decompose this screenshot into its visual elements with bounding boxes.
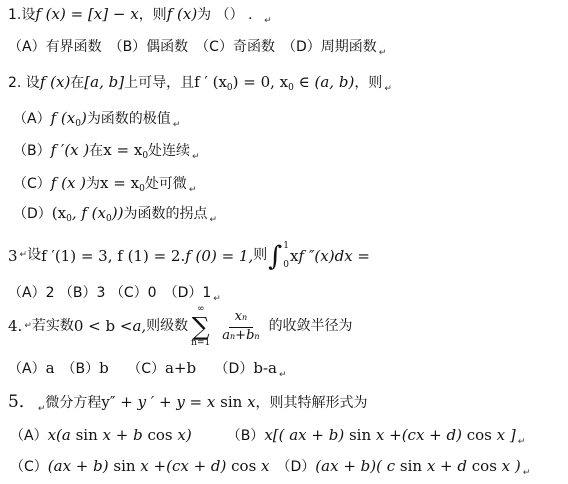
text-run: 上可导，且: [124, 75, 194, 91]
paragraph-return-mark: ↵: [518, 437, 526, 447]
text-run: 若实数: [32, 318, 74, 336]
question-3-stem: 3↵设f ′(1) = 3, f (1) = 2.f (0) = 1,则∫10x…: [8, 242, 370, 270]
text-run: （A）2 （B）3 （C）0 （D）1: [8, 285, 211, 301]
text-run: x: [235, 309, 242, 325]
text-run: f (x: [51, 109, 76, 127]
text-run: （C）: [13, 176, 51, 192]
text-run: x(a: [48, 426, 76, 444]
text-run: 微分方程: [45, 395, 101, 411]
paragraph-return-mark: ↵: [279, 370, 287, 380]
text-run: 为: [86, 176, 100, 192]
text-run: [a, b]: [84, 73, 124, 91]
text-run: 为函数的极值: [87, 111, 171, 127]
text-run: x[( ax + b): [264, 426, 349, 444]
text-run: f (x) = [x] − x: [35, 5, 138, 23]
paragraph-return-mark: ↵: [264, 16, 272, 26]
paragraph-return-mark: ↵: [173, 120, 181, 130]
question-5-options-row-1: （A）x(a sin x + b cos x) （B）x[( ax + b) s…: [10, 426, 525, 448]
document-page: 1.设f (x) = [x] − x，则f (x)为 （） ．↵ （A）有界函数…: [0, 0, 568, 484]
text-run: 的收敛半径为: [269, 318, 353, 336]
question-4-stem: 4.↵若实数0 < b < a, 则级数∞∑n=1xnan + bn的收敛半径为: [8, 305, 353, 348]
text-run: （D）: [13, 206, 52, 222]
text-run: (a, b): [315, 73, 355, 91]
text-run: x): [173, 426, 192, 444]
text-run: n=1: [191, 339, 210, 348]
question-2-stem: 2. 设f (x)在[a, b]上可导，且f ′ (x0) = 0, x0 ∈ …: [8, 73, 392, 95]
text-run: （D）: [284, 459, 316, 475]
text-run: x + b: [98, 426, 148, 444]
text-run: f (x): [40, 73, 70, 91]
text-run: ∑: [192, 314, 210, 339]
text-run: （C）: [109, 361, 165, 377]
text-run: [192, 428, 234, 444]
question-2-option-b: （B）f ′(x )在x = x0处连续↵: [13, 141, 200, 163]
text-run: 10: [283, 242, 289, 270]
text-run: +: [235, 328, 246, 344]
text-run: （B）: [234, 428, 265, 444]
text-run: 1.设: [8, 7, 35, 23]
text-run: a: [222, 328, 230, 344]
question-2-option-d: （D）(x0, f (x0))为函数的拐点↵: [13, 204, 217, 226]
question-5-options-row-2: （C）(ax + b) sin x +(cx + d) cos x （D）(ax…: [10, 457, 530, 479]
text-run: x + d: [422, 457, 472, 475]
text-run: cos: [231, 457, 256, 475]
text-run: x = x: [103, 141, 142, 159]
question-1-stem: 1.设f (x) = [x] − x，则f (x)为 （） ．↵: [8, 5, 272, 27]
text-run: f ″(x)dx =: [299, 247, 370, 266]
text-run: （A）有界函数 （B）偶函数 （C）奇函数 （D）周期函数: [8, 39, 377, 55]
text-run: 在: [70, 75, 84, 91]
integral-operator: ∫10: [268, 242, 289, 270]
text-run: 5．: [8, 392, 36, 412]
text-run: f ′(x ): [51, 141, 90, 159]
text-run: , f (x: [72, 204, 106, 222]
text-run: a: [46, 359, 55, 377]
text-run: sin: [76, 426, 98, 444]
paragraph-return-mark: ↵: [209, 215, 217, 225]
text-run: f ′ (x: [194, 73, 227, 91]
text-run: a,: [132, 317, 146, 336]
text-run: b-a: [253, 359, 277, 377]
text-run: b: [99, 359, 109, 377]
paragraph-return-mark: ↵: [213, 294, 221, 304]
text-run: （C）: [10, 459, 48, 475]
text-run: 2. 设: [8, 75, 40, 91]
text-run: （A）: [13, 111, 51, 127]
paragraph-return-mark: ↵: [189, 185, 197, 195]
text-run: ∫: [268, 243, 282, 270]
text-run: n: [242, 313, 247, 323]
text-run: b: [246, 328, 254, 344]
text-run: ，则其特解形式为: [256, 395, 368, 411]
text-run: cos: [147, 426, 172, 444]
text-run: x ): [497, 457, 521, 475]
sum-operator: ∞∑n=1: [191, 305, 210, 348]
question-2-option-c: （C）f (x )为x = x0处可微↵: [13, 174, 196, 196]
question-4-options: （A）a （B）b （C）a+b （D）b-a↵: [8, 359, 287, 381]
text-run: （A）: [8, 361, 46, 377]
paragraph-return-mark: ↵: [20, 250, 28, 261]
text-run: y ′ + y = x: [138, 393, 221, 411]
text-run: ，则: [354, 75, 382, 91]
text-run: sin: [349, 426, 371, 444]
text-run: 则: [253, 247, 267, 265]
text-run: (ax + b): [48, 457, 114, 475]
text-run: )): [112, 204, 124, 222]
text-run: ，则: [139, 7, 167, 23]
text-run: （D）: [196, 361, 253, 377]
text-run: （B）: [13, 143, 51, 159]
text-run: x: [247, 393, 255, 411]
fraction: xnan + bn: [216, 309, 265, 344]
text-run: x +(cx + d): [371, 426, 467, 444]
text-run: x = x: [100, 174, 139, 192]
text-run: sin: [113, 457, 135, 475]
paragraph-return-mark: ↵: [523, 468, 531, 478]
text-run: cos: [467, 426, 492, 444]
text-run: cos: [472, 457, 497, 475]
text-run: 则级数: [146, 318, 188, 336]
question-2-option-a: （A）f (x0)为函数的极值↵: [13, 109, 180, 131]
text-run: 在: [89, 143, 103, 159]
text-run: n: [254, 332, 259, 342]
text-run: 3: [8, 247, 18, 266]
text-run: (ax + b)( c: [315, 457, 400, 475]
text-run: 0: [283, 261, 289, 270]
text-run: 为函数的拐点: [123, 206, 207, 222]
text-run: 设: [27, 247, 41, 265]
text-run: (x: [52, 204, 66, 222]
text-run: 0 < b <: [74, 317, 133, 336]
text-run: a+b: [165, 359, 196, 377]
question-5-stem: 5．↵微分方程y″ + y ′ + y = x sin x，则其特解形式为: [8, 392, 368, 415]
paragraph-return-mark: ↵: [379, 48, 387, 58]
text-run: 处连续: [148, 143, 190, 159]
text-run: sin: [220, 393, 247, 411]
text-run: ) = 0, x: [233, 73, 289, 91]
text-run: sin: [400, 457, 422, 475]
paragraph-return-mark: ↵: [384, 84, 392, 94]
text-run: [270, 459, 284, 475]
question-1-options: （A）有界函数 （B）偶函数 （C）奇函数 （D）周期函数↵: [8, 37, 386, 59]
text-run: x: [256, 457, 269, 475]
text-run: x ]: [492, 426, 516, 444]
text-run: an + bn: [216, 328, 265, 344]
text-run: f ′(1) = 3, f (1) = 2.: [41, 247, 185, 266]
text-run: f (x ): [51, 174, 86, 192]
text-run: 处可微: [145, 176, 187, 192]
text-run: 1: [283, 242, 289, 251]
text-run: x +(cx + d): [136, 457, 232, 475]
paragraph-return-mark: ↵: [192, 152, 200, 162]
text-run: （A）: [10, 428, 48, 444]
paragraph-return-mark: ↵: [24, 321, 32, 332]
text-run: xn: [229, 309, 254, 327]
question-3-options: （A）2 （B）3 （C）0 （D）1↵: [8, 283, 221, 305]
text-run: y″ +: [101, 393, 137, 411]
text-run: x: [290, 247, 298, 266]
text-run: 为 （） ．: [197, 7, 262, 23]
text-run: 4.: [8, 317, 22, 336]
text-run: f (x): [167, 5, 197, 23]
text-run: ∈: [294, 73, 315, 91]
text-run: f (0) = 1,: [185, 247, 253, 266]
text-run: （B）: [55, 361, 100, 377]
